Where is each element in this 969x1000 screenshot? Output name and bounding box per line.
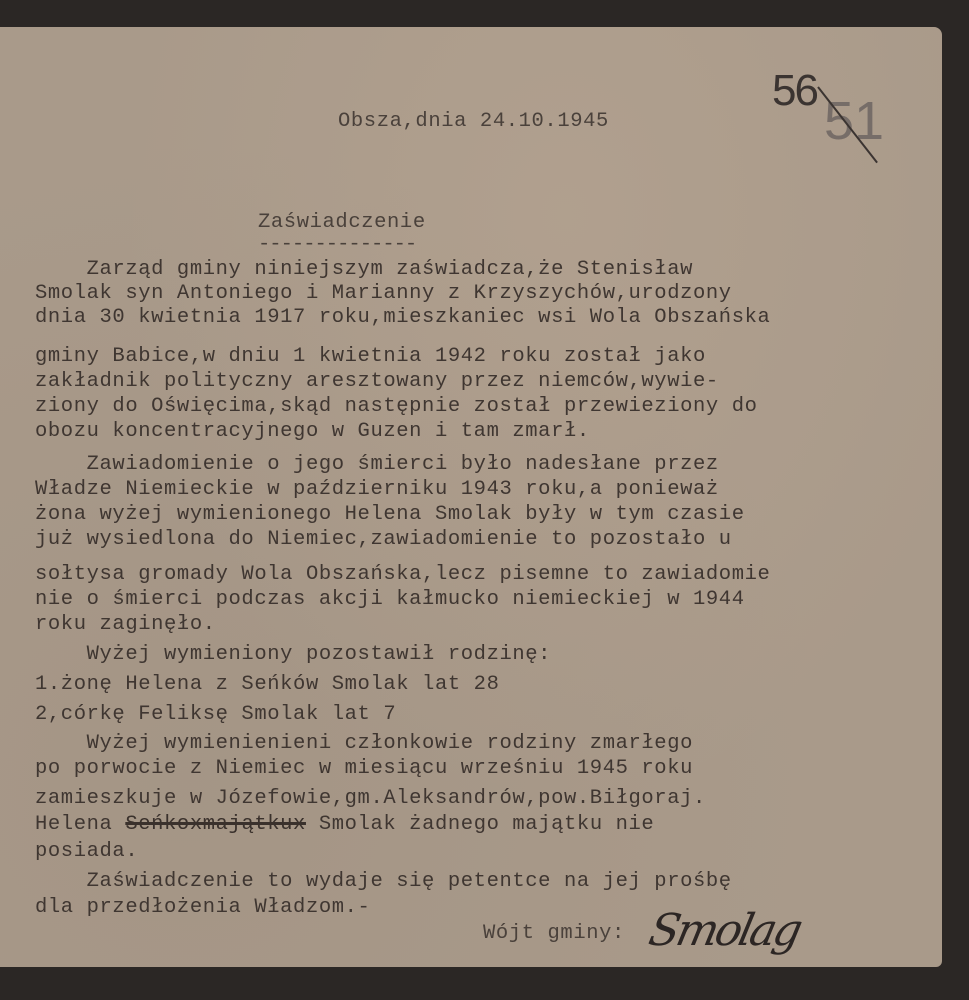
body-line: Wyżej wymieniony pozostawił rodzinę: [35, 643, 551, 667]
document-title: Zaświadczenie [258, 211, 426, 235]
body-line: zamieszkuje w Józefowie,gm.Aleksandrów,p… [35, 787, 706, 811]
body-line: żona wyżej wymienionego Helena Smolak by… [35, 503, 745, 527]
body-line: Zarząd gminy niniejszym zaświadcza,że St… [35, 258, 693, 282]
body-line: nie o śmierci podczas akcji kałmucko nie… [35, 588, 745, 612]
body-line: posiada. [35, 840, 138, 864]
body-line: obozu koncentracyjnego w Guzen i tam zma… [35, 420, 590, 444]
helena-suffix: Smolak żadnego majątku nie [306, 813, 654, 836]
family-item-wife: 1.żonę Helena z Seńków Smolak lat 28 [35, 673, 499, 697]
helena-line: Helena Seńkoxmajątkux Smolak żadnego maj… [35, 813, 654, 837]
place-date: Obsza,dnia 24.10.1945 [338, 110, 609, 134]
body-line: Władze Niemieckie w październiku 1943 ro… [35, 478, 719, 502]
body-line: po porwocie z Niemiec w miesiącu wrześni… [35, 757, 693, 781]
title-underline: -------------- [258, 233, 416, 257]
archive-number: 56 [772, 66, 817, 116]
body-line: Wyżej wymienienieni członkowie rodziny z… [35, 732, 693, 756]
body-line: Zaświadczenie to wydaje się petentce na … [35, 870, 732, 894]
helena-prefix: Helena [35, 813, 125, 836]
body-line: już wysiedlona do Niemiec,zawiadomienie … [35, 528, 732, 552]
body-line: roku zaginęło. [35, 613, 216, 637]
signature-label: Wójt gminy: [483, 922, 625, 946]
body-line: dnia 30 kwietnia 1917 roku,mieszkaniec w… [35, 306, 770, 330]
body-line: zakładnik polityczny aresztowany przez n… [35, 370, 719, 394]
handwritten-signature: Smolag [645, 905, 805, 956]
body-line: sołtysa gromady Wola Obszańska,lecz pise… [35, 563, 770, 587]
archive-number-crossed: 51 [824, 90, 884, 152]
body-line: ziony do Oświęcima,skąd następnie został… [35, 395, 758, 419]
struck-out-text: Seńkoxmajątkux [125, 813, 306, 836]
body-line: Smolak syn Antoniego i Marianny z Krzysz… [35, 282, 732, 306]
body-line: dla przedłożenia Władzom.- [35, 896, 370, 920]
body-line: Zawiadomienie o jego śmierci było nadesł… [35, 453, 719, 477]
body-line: gminy Babice,w dniu 1 kwietnia 1942 roku… [35, 345, 706, 369]
family-item-daughter: 2,córkę Feliksę Smolak lat 7 [35, 703, 396, 727]
